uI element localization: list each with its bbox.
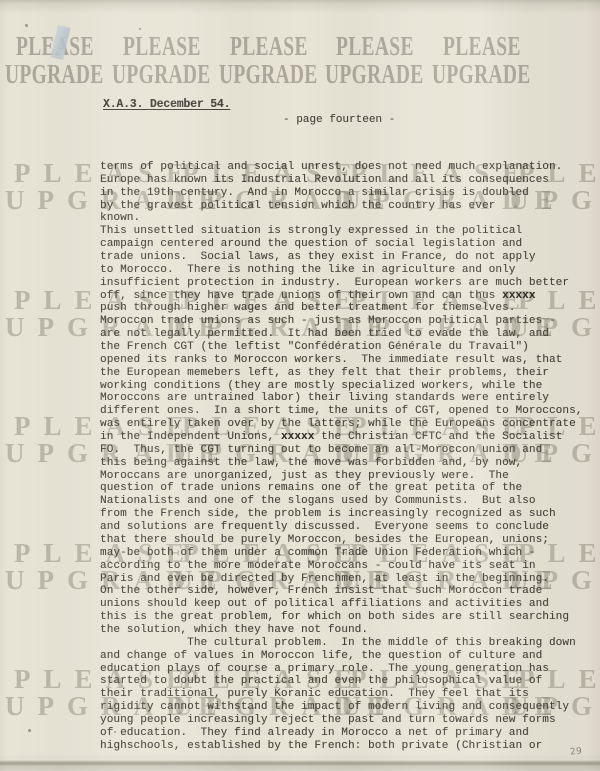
- watermark-text: UPGRADE: [219, 61, 318, 88]
- document-page: PLEASEUPGRADEPLEASEUPGRADEPLEASEUPGRADEP…: [0, 0, 600, 771]
- text-line: trade unions. Social laws, as they exist…: [100, 251, 595, 264]
- paper-speck: [28, 729, 31, 732]
- text-line: Nationalists and one of the slogans used…: [100, 495, 595, 508]
- scan-edge-top: [0, 0, 600, 14]
- text-line: working conditions (they are mostly spec…: [100, 380, 595, 393]
- text-line: their traditional, purely Koranic educat…: [100, 688, 595, 701]
- text-line: that there should be purely Moroccon, be…: [100, 534, 595, 547]
- text-line: this being against the law, the move was…: [100, 457, 595, 470]
- text-line: different ones. In a short time, the uni…: [100, 405, 595, 418]
- text-line: from the French side, the problem is inc…: [100, 508, 595, 521]
- text-line: the solution, which they have not found.: [100, 624, 595, 637]
- text-line: of education. They find already in Moroc…: [100, 727, 595, 740]
- text-line: Paris and even be directed by Frenchmen,…: [100, 573, 595, 586]
- text-line: known.: [100, 212, 595, 225]
- text-line: are not legally permitted. It had been t…: [100, 328, 595, 341]
- text-line: by the gravest political tension which t…: [100, 200, 595, 213]
- text-line: Europe has known its Industrial Revoluti…: [100, 174, 595, 187]
- watermark-text: PLEASE: [230, 33, 308, 60]
- text-line: according to the more moderate Moroccans…: [100, 560, 595, 573]
- text-line: the European memebers left, as they felt…: [100, 367, 595, 380]
- text-line: started to doubt the practical and even …: [100, 675, 595, 688]
- paper-speck: [114, 731, 116, 733]
- text-line: rigidity cannot withstand the impact of …: [100, 701, 595, 714]
- text-line: to Morocco. There is nothing the like in…: [100, 264, 595, 277]
- document-body: terms of political and social unrest, do…: [100, 161, 595, 753]
- text-line: terms of political and social unrest, do…: [100, 161, 595, 174]
- text-line: On the other side, however, French insis…: [100, 585, 595, 598]
- text-line: FO. Thus, the CGT turning out to become …: [100, 444, 595, 457]
- text-line: this is the great problem, for which on …: [100, 611, 595, 624]
- page-number-label: - page fourteen -: [283, 114, 395, 126]
- text-line: Moroccon trade unions as such - just as …: [100, 315, 595, 328]
- text-line: the French CGT (the leftist "Confédérati…: [100, 341, 595, 354]
- watermark-text: UPGRADE: [432, 61, 531, 88]
- text-line: and solutions are frequently discussed. …: [100, 521, 595, 534]
- text-line: off, since they have trade unions of the…: [100, 290, 595, 303]
- strikeout-overtype: xxxxx: [281, 431, 315, 443]
- watermark-text: PLEASE: [336, 33, 414, 60]
- strikeout-overtype: xxxxx: [502, 290, 536, 302]
- scan-edge-bottom: [0, 754, 600, 771]
- text-line: was entirely taken over by the latters; …: [100, 418, 595, 431]
- text-line: This unsettled situation is strongly exp…: [100, 225, 595, 238]
- text-line: The cultural problem. In the middle of t…: [100, 637, 595, 650]
- text-line: opened its ranks to Moroccon workers. Th…: [100, 354, 595, 367]
- text-line: Moroccans are unorganized, just as they …: [100, 470, 595, 483]
- text-line: and change of values in Moroccon life, t…: [100, 650, 595, 663]
- watermark-text: UPGRADE: [112, 61, 211, 88]
- watermark-text: UPGRADE: [5, 61, 104, 88]
- text-line: campaign centered around the question of…: [100, 238, 595, 251]
- watermark-text: PLEASE: [443, 33, 521, 60]
- text-line: may-be both of them under a common Trade…: [100, 547, 595, 560]
- text-line: insufficient protection in industry. Eur…: [100, 277, 595, 290]
- paper-speck: [139, 28, 141, 30]
- watermark-text: PLEASE: [123, 33, 201, 60]
- text-line: question of trade unions remains one of …: [100, 482, 595, 495]
- text-line: unions should keep out of political affi…: [100, 598, 595, 611]
- text-line: young people increasingly reject the pas…: [100, 714, 595, 727]
- document-reference: X.A.3. December 54.: [103, 98, 230, 111]
- text-line: in the 19th century. And in Morocco a si…: [100, 187, 595, 200]
- paper-speck: [25, 24, 28, 27]
- text-line: highschools, established by the French: …: [100, 740, 595, 753]
- text-line: education plays of course a primary role…: [100, 663, 595, 676]
- text-line: in the Independent Unions, xxxxx the Chr…: [100, 431, 595, 444]
- text-line: push through higher wages and better tre…: [100, 302, 595, 315]
- watermark-text: UPGRADE: [325, 61, 424, 88]
- text-line: Moroccons are untrained labor) their liv…: [100, 392, 595, 405]
